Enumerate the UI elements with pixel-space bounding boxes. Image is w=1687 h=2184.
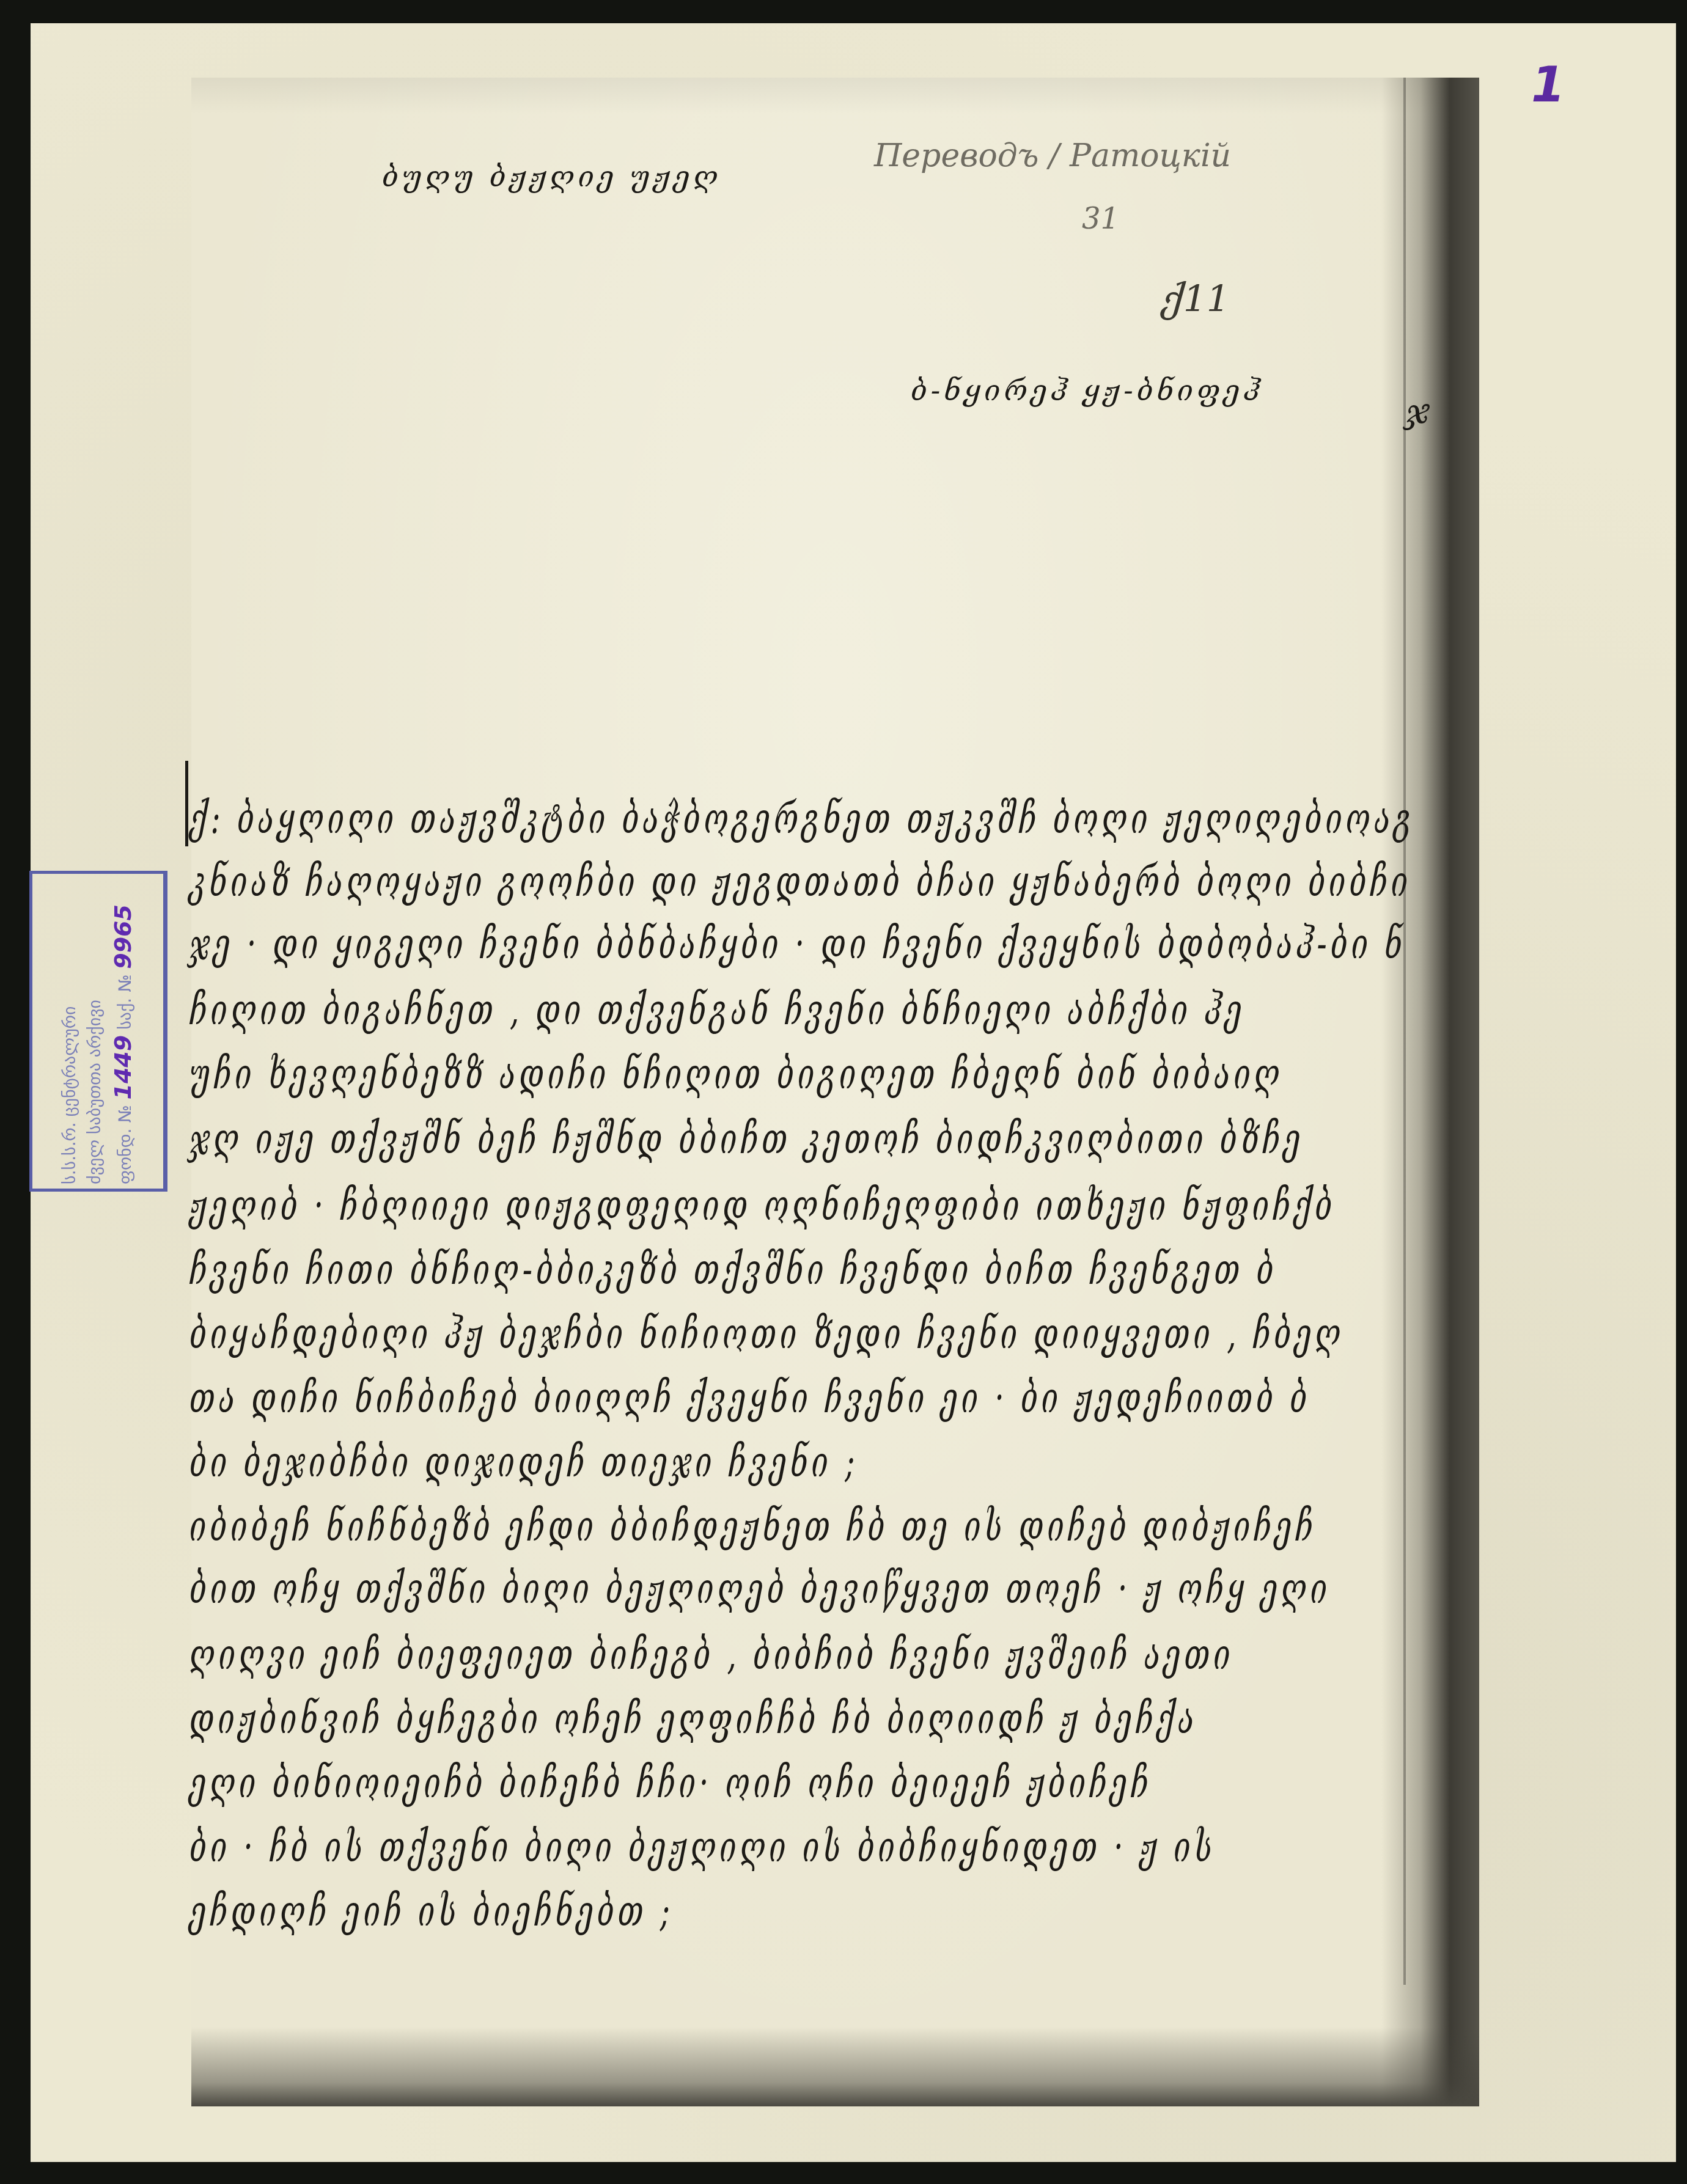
body-line: თა დიჩი ნიჩბიჩებ ბიიღღჩ ქვეყნი ჩვენი ეი …: [189, 1373, 1310, 1423]
body-line: ჩვენი ჩითი ბნჩიღ-ბბიკეზბ თქვშნი ჩვენდი ბ…: [189, 1245, 1277, 1294]
heading-line-2: ბ-ნყირეჰ ყჟ-ბნიფეჰ: [911, 374, 1263, 407]
body-line: ჩიღით ბიგაჩნეთ , დი თქვენგან ჩვენი ბნჩიე…: [189, 985, 1246, 1035]
pencil-folio-mark: ქ11: [1161, 278, 1230, 321]
pencil-number-31: 31: [1082, 202, 1119, 236]
body-line: ჟეღიბ · ჩბღიიეი დიჟგდფეღიდ ოღნიჩეღფიბი ი…: [189, 1181, 1336, 1230]
page-number: 1: [1531, 56, 1565, 113]
body-line: ჯღ იჟე თქვჟშნ ბეჩ ჩჟშნდ ბბიჩთ კეთოჩ ბიდჩ…: [189, 1114, 1304, 1163]
stamp-item-number: 9965: [109, 904, 136, 969]
body-line: ბით ოჩყ თქვშნი ბიღი ბეჟღიღებ ბევიწყვეთ თ…: [189, 1564, 1331, 1613]
photo-bottom-shadow: [191, 2027, 1479, 2106]
body-line: ეღი ბინიოიეიჩბ ბიჩეჩბ ჩჩი· ოიჩ ოჩი ბეიეე…: [189, 1758, 1152, 1808]
archive-stamp: ს.ს.ს.რ. ცენტრალური ძველ საბუთთა არქივი …: [29, 871, 167, 1192]
heading-line-1: ბუღუ ბჟჟღიე უჟეღ: [382, 160, 721, 193]
archive-stamp-text: ს.ს.ს.რ. ცენტრალური ძველ საბუთთა არქივი …: [37, 879, 159, 1184]
body-line: ჯე · დი ყიგეღი ჩვენი ბბნბაჩყბი · დი ჩვენ…: [189, 919, 1406, 969]
stamp-line-2: ძველ საბუთთა არქივი: [84, 879, 105, 1184]
stamp-line-1: ს.ს.ს.რ. ცენტრალური: [59, 879, 79, 1184]
right-margin-mark: ჯ: [1406, 391, 1430, 431]
body-line: ბი ბეჯიბჩბი დიჯიდეჩ თიეჯი ჩვენი ;: [189, 1437, 858, 1487]
body-line: ბი · ჩბ ის თქვენი ბიღი ბეჟღიღი ის ბიბჩიყ…: [189, 1822, 1216, 1872]
body-line: კნიაზ ჩაღოყაჟი გოოჩბი დი ჟეგდთათბ ბჩაი ყ…: [189, 857, 1411, 906]
pencil-annotation-top: Переводъ / Ратоцкiй: [874, 137, 1231, 174]
stamp-fond-label: ფონდ. №: [115, 1105, 135, 1184]
body-line: ქ: ბაყღიღი თაჟვშკტბი ბაჭბოგერგნეთ თჟკვშჩ…: [189, 794, 1415, 843]
torn-page-edge: [1403, 78, 1406, 1985]
body-line: დიჟბინვიჩ ბყჩეგბი ოჩეჩ ეღფიჩჩბ ჩბ ბიღიიდ…: [189, 1694, 1197, 1743]
paragraph-start-bar: [185, 761, 188, 846]
stamp-line-3: ფონდ. № 1449 საქ. № 9965: [109, 879, 136, 1184]
body-line: ეჩდიღჩ ეიჩ ის ბიეჩნებთ ;: [189, 1886, 674, 1936]
body-line: ღიღვი ეიჩ ბიეფეიეთ ბიჩეგბ , ბიბჩიბ ჩვენი…: [189, 1630, 1234, 1679]
body-line: იბიბეჩ ნიჩნბეზბ ეჩდი ბბიჩდეჟნეთ ჩბ თე ის…: [189, 1501, 1317, 1551]
stamp-fond-number: 1449: [109, 1035, 136, 1099]
body-line: უჩი ხევღენბეზზ ადიჩი ნჩიღით ბიგიღეთ ჩბეღ…: [189, 1049, 1283, 1099]
stamp-item-label: საქ. №: [115, 974, 135, 1029]
body-line: ბიყაჩდებიღი ჰჟ ბეჯჩბი ნიჩიოთი ზედი ჩვენი…: [189, 1309, 1344, 1358]
photo-right-shadow: [1381, 78, 1479, 2106]
